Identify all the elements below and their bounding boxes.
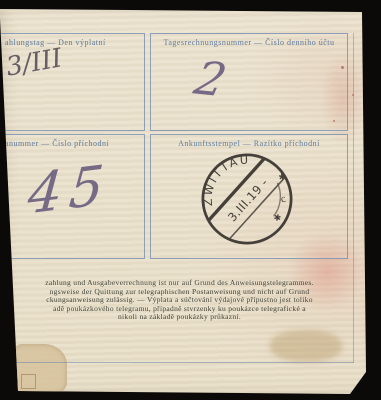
postmark-letter: c (279, 193, 287, 206)
handwritten-arrival-number: 45 (26, 152, 114, 226)
cell-arrival-number-label: anummer — Číslo příchodní (1, 139, 144, 148)
cell-payday-label: ahlungstag — Den výplatní (1, 38, 144, 47)
document-paper: ahlungstag — Den výplatní Tagesrechnungs… (0, 0, 381, 400)
right-border-rule (353, 33, 354, 363)
cell-day-account-number-label: Tagesrechnungsnummer — Číslo denního účt… (151, 38, 347, 47)
cell-payday: ahlungstag — Den výplatní (0, 33, 145, 131)
brown-stain-bottom-right (270, 330, 342, 362)
scanned-postal-form: ahlungstag — Den výplatní Tagesrechnungs… (0, 0, 381, 400)
postmark-star-left: ✱ (271, 212, 283, 224)
tape-remnant-bottom-left (13, 344, 67, 394)
tape-mark (21, 374, 36, 389)
fine-print-line: nikoli na základě poukázky průkazní. (6, 313, 353, 322)
postmark-zwittau: ZWITTAU 3.III.19 - ✱ c ✱ (198, 150, 296, 248)
cell-arrival-stamp-label: Ankunftsstempel — Razítko příchodní (151, 139, 347, 148)
postmark-star-right: ✱ (278, 171, 287, 182)
bottom-border-rule (12, 362, 354, 363)
cell-day-account-number: Tagesrechnungsnummer — Číslo denního účt… (150, 33, 348, 131)
fine-print-block: zahlung und Ausgabeverrechnung ist nur a… (6, 279, 353, 322)
